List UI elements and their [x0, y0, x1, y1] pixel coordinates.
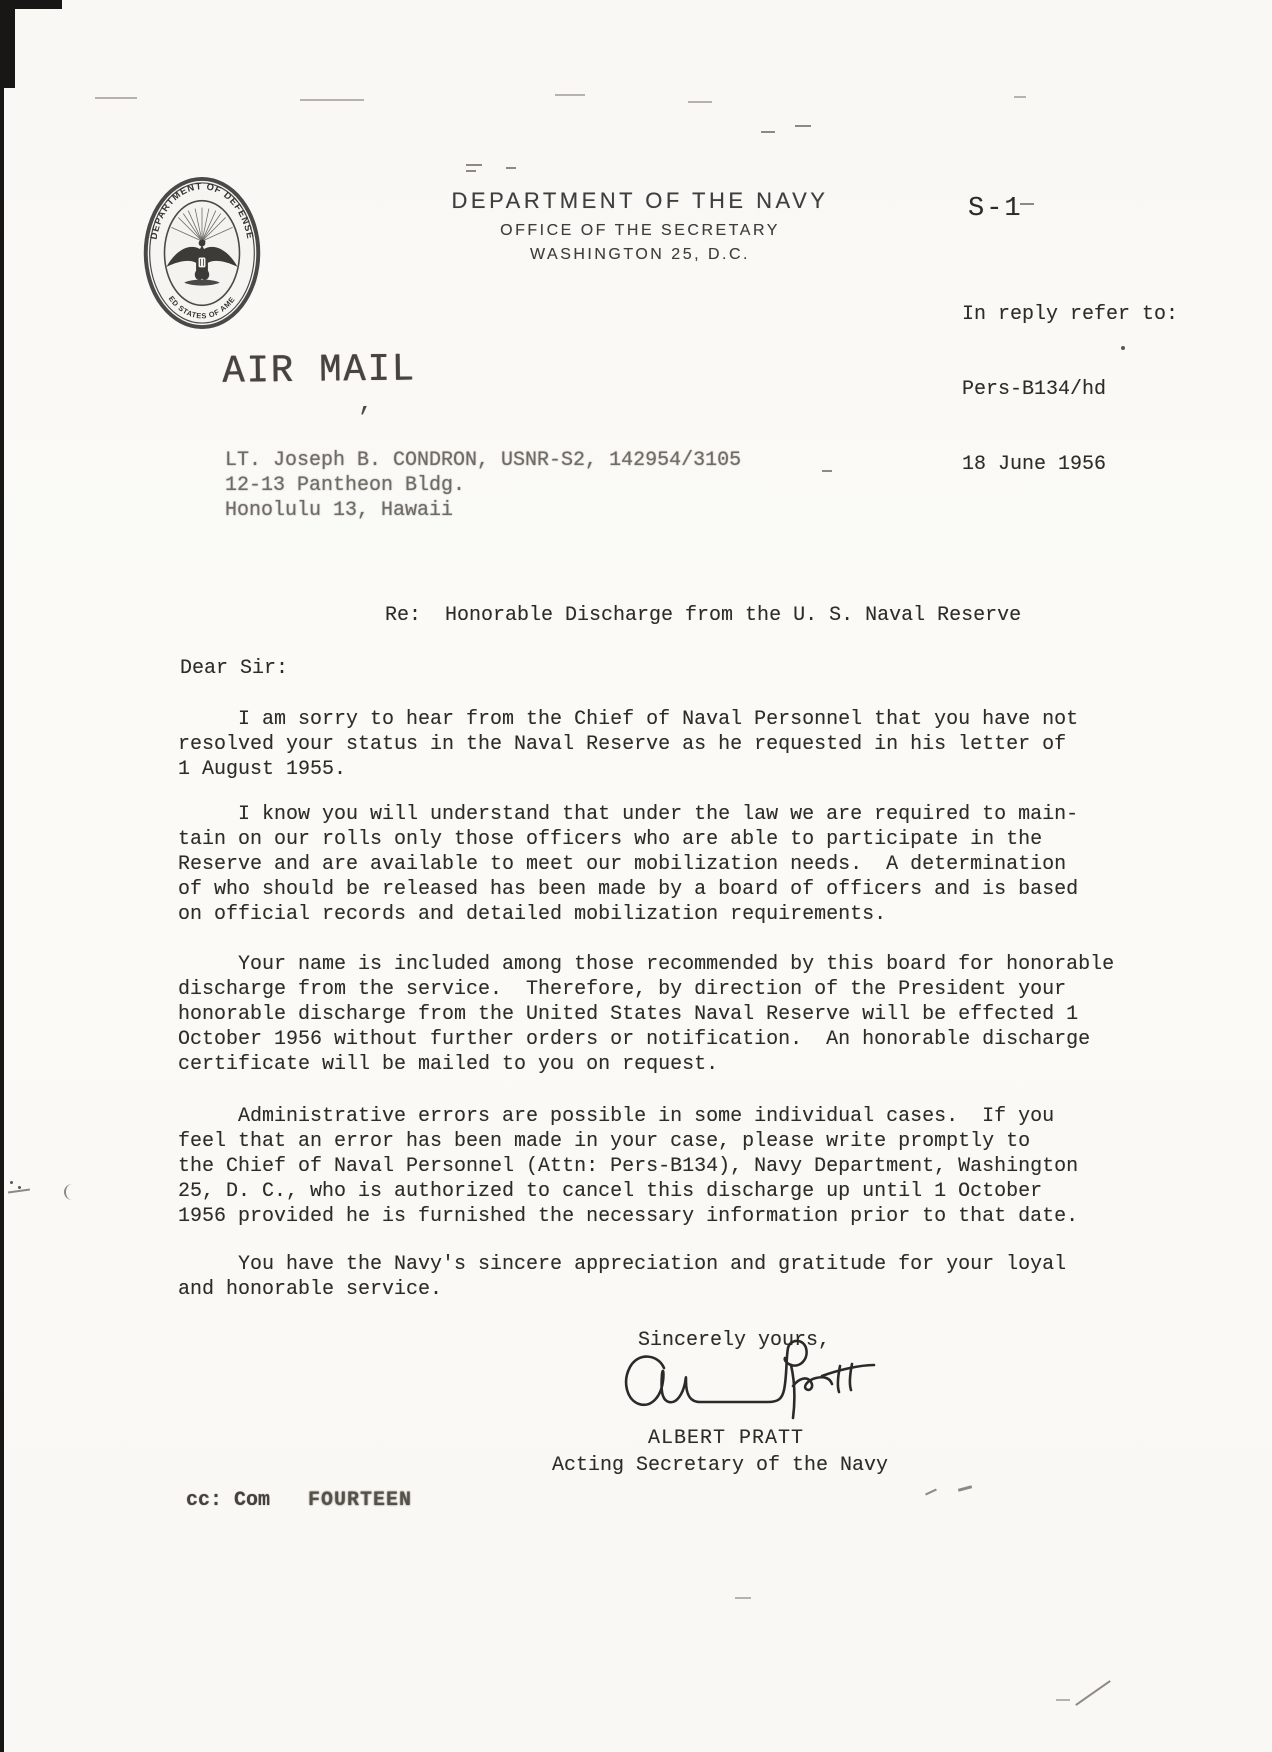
scan-smudge — [925, 1489, 937, 1496]
body-paragraph-5: You have the Navy's sincere appreciation… — [178, 1252, 1066, 1302]
scan-smudge — [64, 1184, 74, 1200]
scan-smudge — [735, 1597, 751, 1599]
reference-block: In reply refer to: Pers-B134/hd 18 June … — [962, 252, 1178, 527]
scan-smudge — [1014, 96, 1026, 98]
scan-speck — [1121, 346, 1125, 350]
air-mail-stamp: AIR MAIL — [222, 348, 416, 395]
scan-smudge — [795, 125, 811, 127]
letter-date: 18 June 1956 — [962, 452, 1178, 477]
scan-edge-artifact — [0, 0, 4, 1752]
cc-stamp-fourteen: FOURTEEN — [308, 1489, 412, 1512]
scan-smudge — [958, 1485, 972, 1492]
scan-edge-artifact — [0, 0, 15, 88]
body-paragraph-3: Your name is included among those recomm… — [178, 952, 1114, 1077]
subject-line: Re: Honorable Discharge from the U. S. N… — [385, 604, 1021, 627]
letterhead-department: DEPARTMENT OF THE NAVY — [400, 188, 880, 214]
body-paragraph-2: I know you will understand that under th… — [178, 802, 1078, 927]
signer-title: Acting Secretary of the Navy — [552, 1454, 888, 1477]
reply-refer-label: In reply refer to: — [962, 302, 1178, 327]
scan-smudge — [506, 167, 516, 169]
cc-line: cc: Com FOURTEEN — [186, 1489, 412, 1512]
scan-smudge — [1075, 1680, 1111, 1706]
letterhead-office: OFFICE OF THE SECRETARY — [400, 222, 880, 240]
letterhead: DEPARTMENT OF THE NAVY OFFICE OF THE SEC… — [400, 188, 880, 264]
scan-smudge — [300, 99, 364, 101]
signer-typed-name: ALBERT PRATT — [648, 1427, 804, 1450]
scan-smudge — [761, 131, 775, 133]
scan-smudge — [822, 470, 832, 472]
scan-smudge — [8, 1188, 30, 1193]
scan-smudge — [95, 97, 137, 99]
scan-smudge — [466, 170, 476, 172]
scan-speck — [18, 1186, 21, 1189]
scan-smudge — [466, 164, 482, 166]
scan-smudge — [1056, 1699, 1070, 1701]
scan-speck — [10, 1181, 13, 1184]
department-of-defense-seal: DEPARTMENT OF DEFENSE UNITED STATES OF A… — [142, 176, 262, 330]
signature-scrawl — [616, 1336, 902, 1440]
file-code: S-1 — [968, 194, 1023, 224]
scan-edge-artifact — [0, 0, 62, 9]
scanned-letter-page: DEPARTMENT OF DEFENSE UNITED STATES OF A… — [0, 0, 1272, 1752]
reply-refer-code: Pers-B134/hd — [962, 377, 1178, 402]
body-paragraph-1: I am sorry to hear from the Chief of Nav… — [178, 707, 1078, 782]
scan-smudge — [555, 94, 585, 96]
air-mail-stamp-smudge: , — [358, 388, 374, 418]
body-paragraph-4: Administrative errors are possible in so… — [178, 1104, 1078, 1229]
scan-smudge — [688, 101, 712, 103]
scan-smudge — [1020, 203, 1034, 205]
salutation: Dear Sir: — [180, 657, 288, 680]
letterhead-city: WASHINGTON 25, D.C. — [400, 246, 880, 264]
recipient-address: LT. Joseph B. CONDRON, USNR-S2, 142954/3… — [225, 448, 741, 523]
cc-prefix: cc: Com — [186, 1489, 270, 1512]
